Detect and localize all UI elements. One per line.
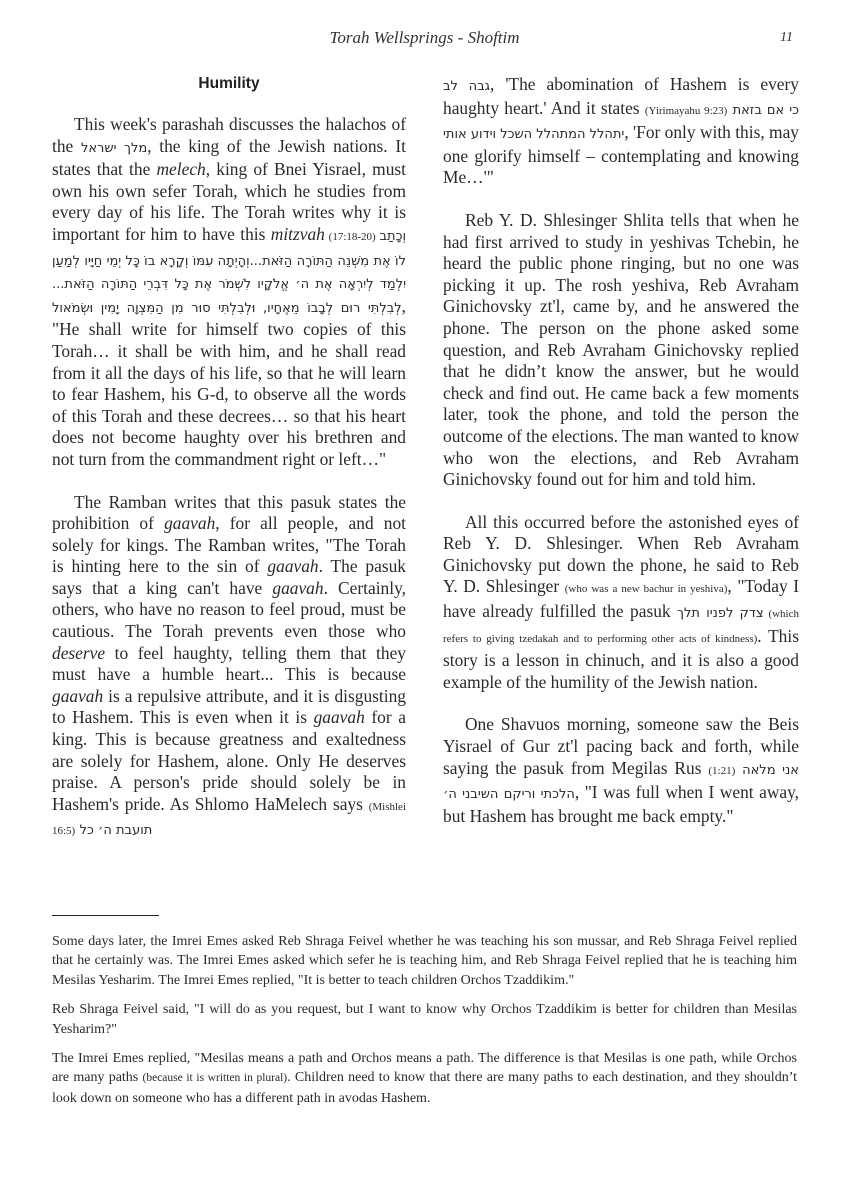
footnote-paragraph: The Imrei Emes replied, "Mesilas means a… [52,1049,797,1108]
footnote-divider [52,915,159,916]
italic-term: gaavah [52,686,103,706]
hebrew-text: גבה לב [443,79,490,94]
paragraph-astonished: All this occurred before the astonished … [443,512,799,694]
paragraph-continued: גבה לב, 'The abomination of Hashem is ev… [443,74,799,189]
footnote-paragraph: Reb Shraga Feivel said, "I will do as yo… [52,1000,797,1039]
hebrew-text: מלך ישראל [81,141,147,156]
paragraph-shavuos: One Shavuos morning, someone saw the Bei… [443,714,799,827]
verse-reference: (Yirimayahu 9:23) [645,105,727,117]
hebrew-text: תועבת ה׳ כל [80,823,153,838]
footnote-paragraph: Some days later, the Imrei Emes asked Re… [52,932,797,990]
verse-reference: (17:18-20) [325,231,380,243]
italic-term: gaavah [272,578,323,598]
italic-term: mitzvah [271,224,325,244]
page-number: 11 [780,30,793,46]
text: to feel haughty, telling them that they … [52,643,406,685]
italic-term: deserve [52,643,105,663]
italic-term: gaavah [267,556,318,576]
italic-term: melech [156,159,205,179]
italic-term: gaavah [314,707,365,727]
parenthetical-note: (who was a new bachur in yeshiva) [565,583,728,595]
running-title: Torah Wellsprings - Shoftim [0,28,849,48]
paragraph-king-torah: This week's parashah discusses the halac… [52,114,406,471]
hebrew-text: צדק לפניו תלך [677,606,764,621]
right-column: גבה לב, 'The abomination of Hashem is ev… [443,74,799,848]
page-header: Torah Wellsprings - Shoftim 11 [0,28,849,52]
italic-term: gaavah [164,513,215,533]
section-heading: Humility [52,74,406,94]
paragraph-ramban: The Ramban writes that this pasuk states… [52,492,406,844]
left-column: Humility This week's parashah discusses … [52,74,406,864]
verse-reference: (1:21) [708,765,735,777]
footnotes: Some days later, the Imrei Emes asked Re… [52,932,797,1118]
paragraph-phone-story: Reb Y. D. Shlesinger Shlita tells that w… [443,210,799,491]
text: , "He shall write for himself two copies… [52,296,406,469]
parenthetical-note: (because it is written in plural) [143,1072,288,1084]
